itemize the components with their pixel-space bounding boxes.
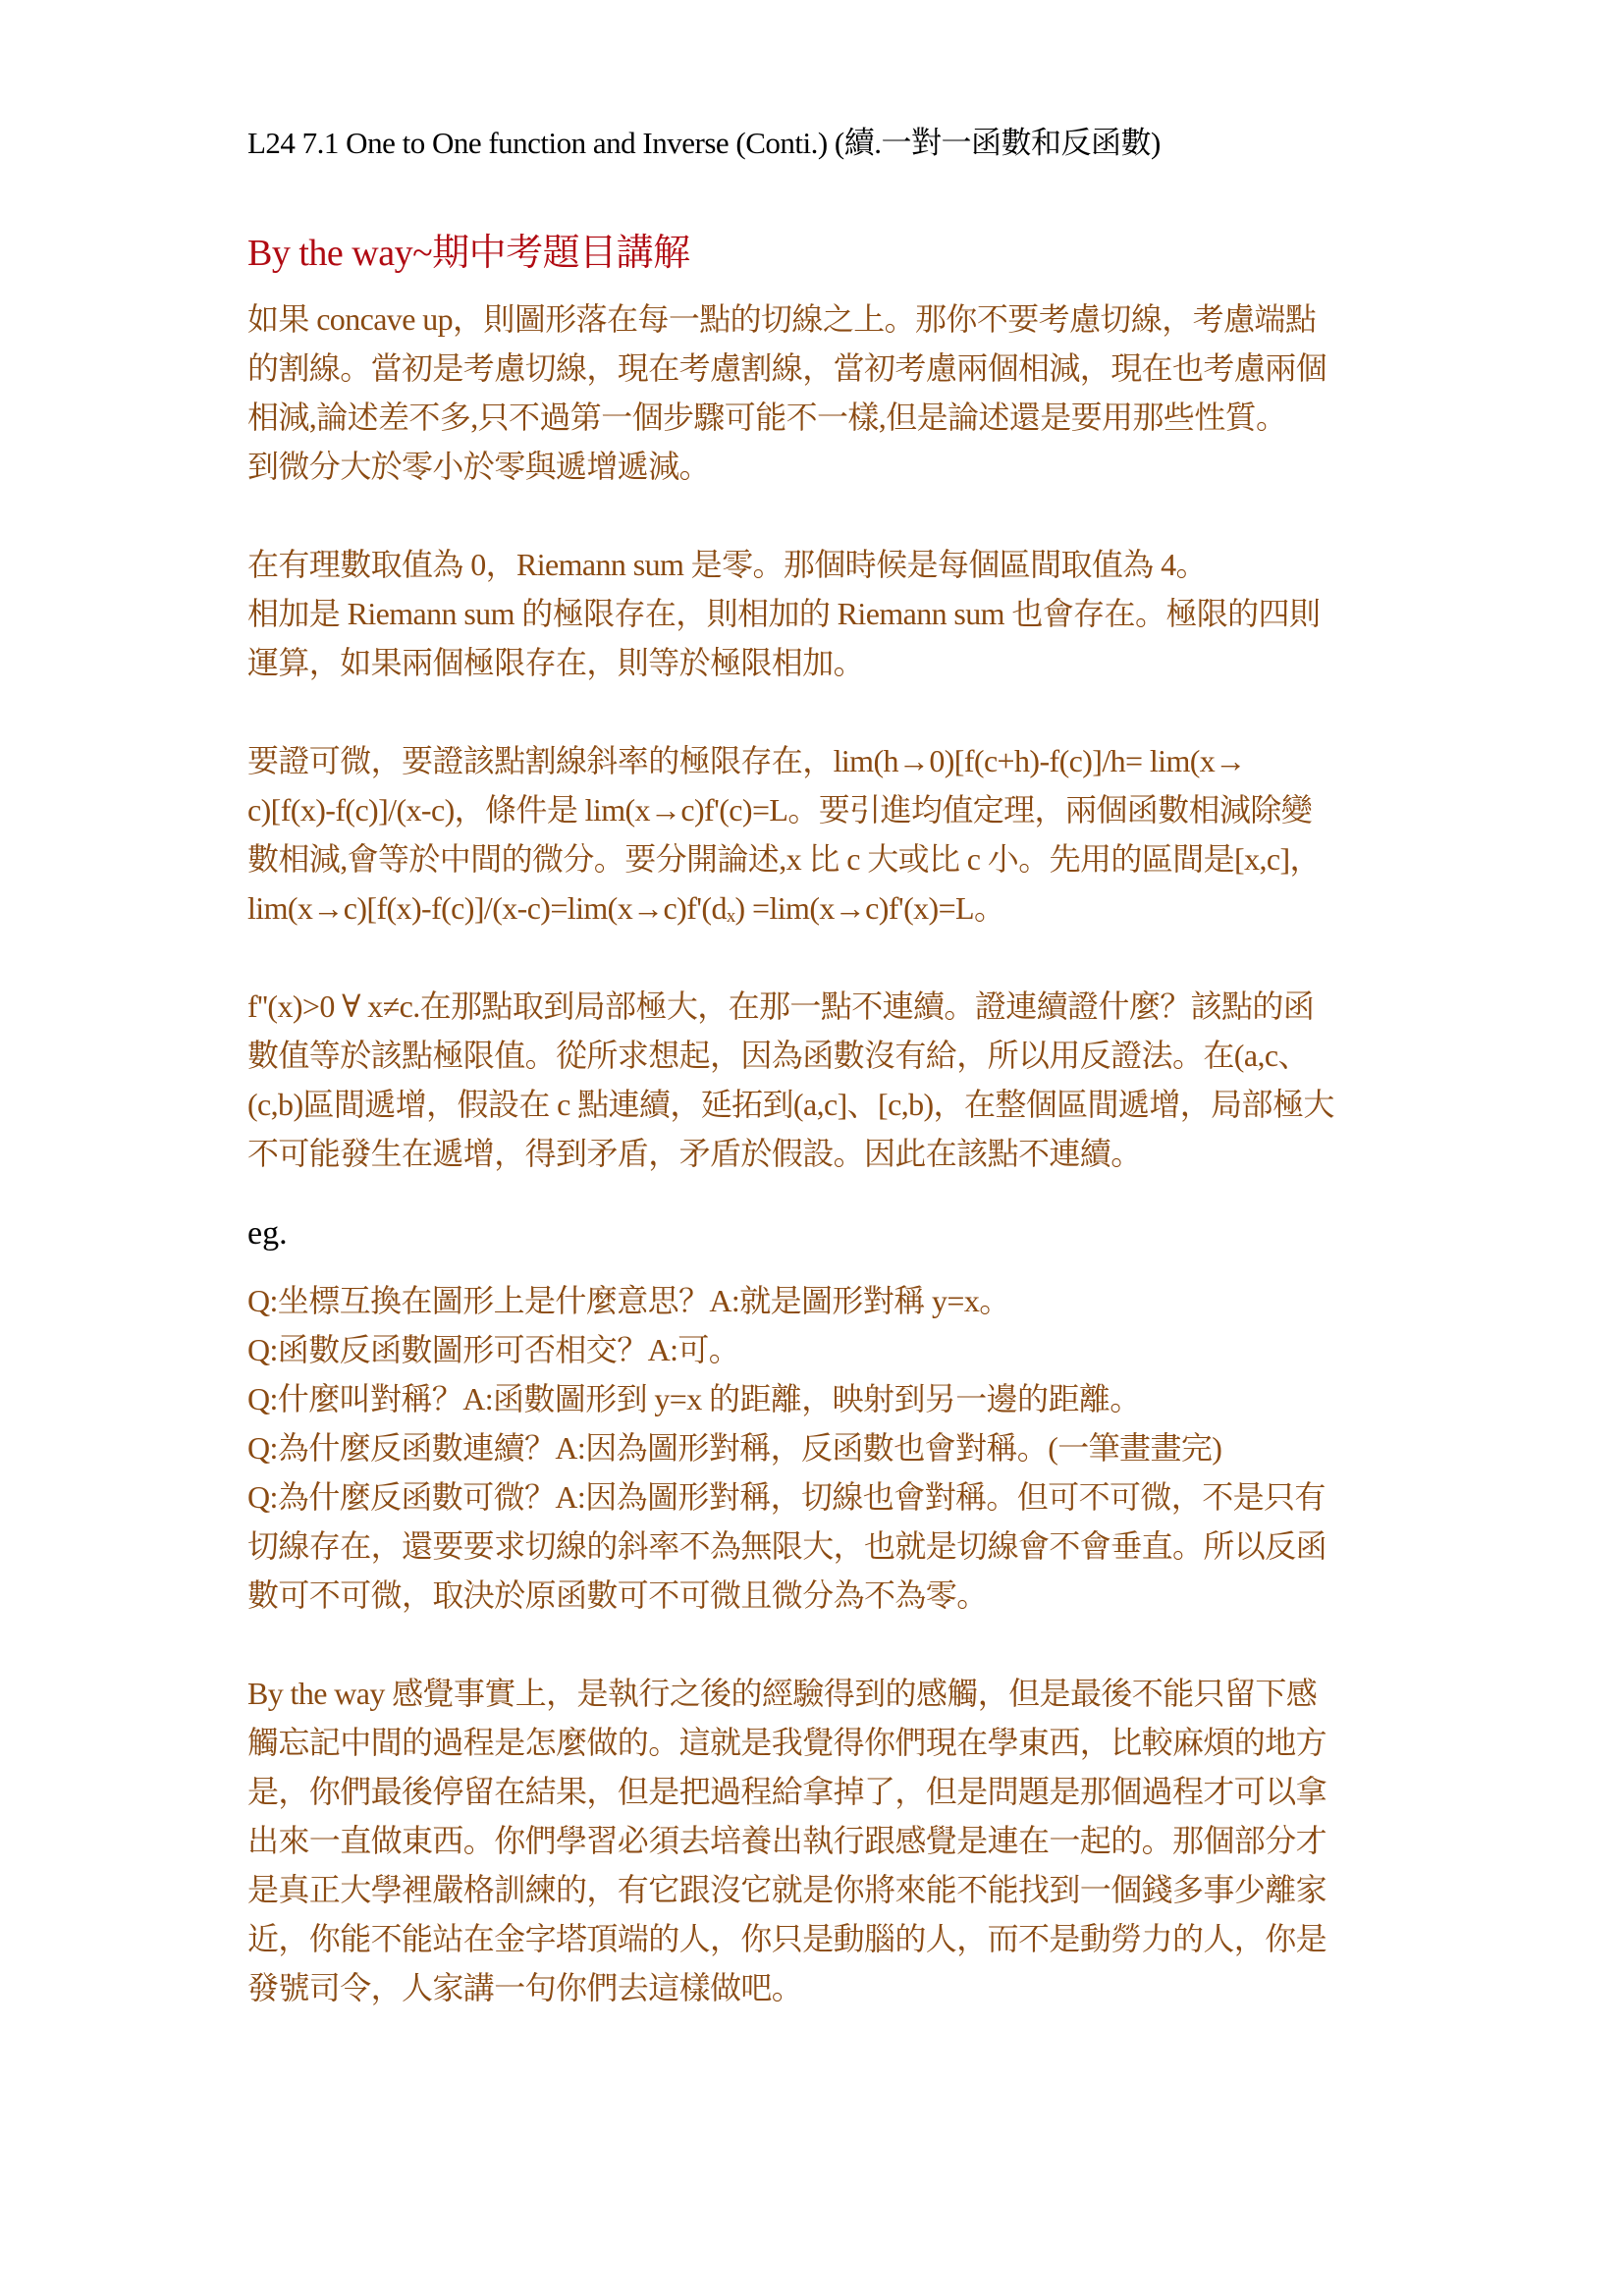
text-line: (c,b)區間遞增，假設在 c 點連續，延拓到(a,c]、[c,b)，在整個區間… [247,1080,1386,1129]
text-line: lim(x→c)[f(x)-f(c)]/(x-c)=lim(x→c)f'(dₓ)… [247,883,1386,933]
qa-item: 數可不可微，取決於原函數可不可微且微分為不為零。 [247,1571,1386,1620]
text-line: 到微分大於零小於零與遞增遞減。 [247,442,1386,491]
qa-item: Q:為什麼反函數連續？A:因為圖形對稱，反函數也會對稱。(一筆畫畫完) [247,1423,1386,1472]
text-line: 如果 concave up，則圖形落在每一點的切線之上。那你不要考慮切線，考慮端… [247,294,1386,344]
text-line: 是，你們最後停留在結果，但是把過程給拿掉了，但是問題是那個過程才可以拿 [247,1767,1386,1816]
qa-list: Q:坐標互換在圖形上是什麼意思？A:就是圖形對稱 y=x。 Q:函數反函數圖形可… [247,1276,1386,1620]
text-line: 不可能發生在遞增，得到矛盾，矛盾於假設。因此在該點不連續。 [247,1129,1386,1178]
example-label: eg. [247,1215,288,1253]
text-line: 要證可微，要證該點割線斜率的極限存在，lim(h→0)[f(c+h)-f(c)]… [247,736,1386,785]
paragraph-riemann-sum: 在有理數取值為 0，Riemann sum 是零。那個時候是每個區間取值為 4。… [247,540,1386,687]
text-line: 相減,論述差不多,只不過第一個步驟可能不一樣,但是論述還是要用那些性質。 [247,393,1386,442]
section-heading: By the way~期中考題目講解 [247,222,690,276]
text-line: By the way 感覺事實上，是執行之後的經驗得到的感觸，但是最後不能只留下… [247,1669,1386,1718]
document-page: L24 7.1 One to One function and Inverse … [0,0,1624,2296]
text-line: 近，你能不能站在金字塔頂端的人，你只是動腦的人，而不是動勞力的人，你是 [247,1914,1386,1963]
qa-item: Q:什麼叫對稱？A:函數圖形到 y=x 的距離，映射到另一邊的距離。 [247,1374,1386,1423]
closing-paragraph: By the way 感覺事實上，是執行之後的經驗得到的感觸，但是最後不能只留下… [247,1669,1386,2012]
text-line: 發號司令，人家講一句你們去這樣做吧。 [247,1963,1386,2012]
qa-item: Q:坐標互換在圖形上是什麼意思？A:就是圖形對稱 y=x。 [247,1276,1386,1325]
text-line: 數值等於該點極限值。從所求想起，因為函數沒有給，所以用反證法。在(a,c、 [247,1031,1386,1080]
text-line: 是真正大學裡嚴格訓練的，有它跟沒它就是你將來能不能找到一個錢多事少離家 [247,1865,1386,1914]
text-line: 在有理數取值為 0，Riemann sum 是零。那個時候是每個區間取值為 4。 [247,540,1386,589]
text-line: 觸忘記中間的過程是怎麼做的。這就是我覺得你們現在學東西，比較麻煩的地方 [247,1718,1386,1767]
qa-item: 切線存在，還要要求切線的斜率不為無限大，也就是切線會不會垂直。所以反函 [247,1522,1386,1571]
text-line: 的割線。當初是考慮切線，現在考慮割線，當初考慮兩個相減，現在也考慮兩個 [247,344,1386,393]
text-line: 出來一直做東西。你們學習必須去培養出執行跟感覺是連在一起的。那個部分才 [247,1816,1386,1865]
paragraph-differentiability: 要證可微，要證該點割線斜率的極限存在，lim(h→0)[f(c+h)-f(c)]… [247,736,1386,933]
paragraph-concave-up: 如果 concave up，則圖形落在每一點的切線之上。那你不要考慮切線，考慮端… [247,294,1386,491]
paragraph-continuity: f''(x)>0 ∀ x≠c.在那點取到局部極大，在那一點不連續。證連續證什麼？… [247,982,1386,1178]
qa-item: Q:為什麼反函數可微？A:因為圖形對稱，切線也會對稱。但可不可微，不是只有 [247,1472,1386,1522]
text-line: 運算，如果兩個極限存在，則等於極限相加。 [247,638,1386,687]
document-title: L24 7.1 One to One function and Inverse … [247,118,1161,162]
text-line: 相加是 Riemann sum 的極限存在，則相加的 Riemann sum 也… [247,589,1386,638]
text-line: f''(x)>0 ∀ x≠c.在那點取到局部極大，在那一點不連續。證連續證什麼？… [247,982,1386,1031]
text-line: c)[f(x)-f(c)]/(x-c)，條件是 lim(x→c)f'(c)=L。… [247,785,1386,834]
text-line: 數相減,會等於中間的微分。要分開論述,x 比 c 大或比 c 小。先用的區間是[… [247,834,1386,883]
qa-item: Q:函數反函數圖形可否相交？A:可。 [247,1325,1386,1374]
